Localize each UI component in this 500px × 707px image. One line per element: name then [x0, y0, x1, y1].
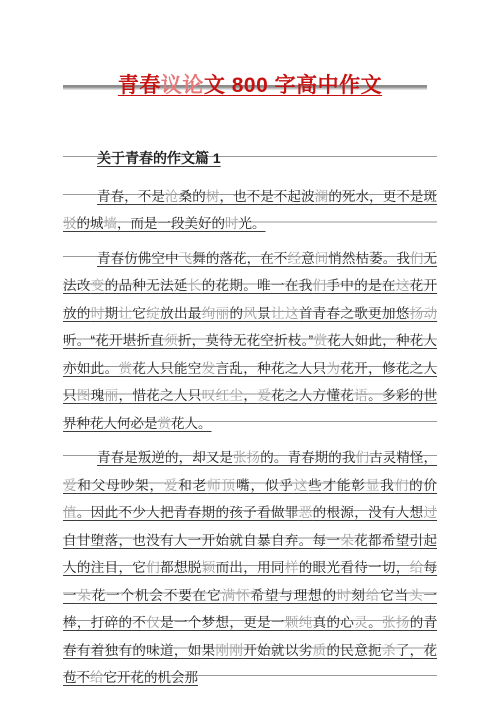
text-run: 而出，用同: [216, 560, 285, 575]
faded-character-run: 树: [206, 189, 220, 204]
faded-character-run: 给: [90, 670, 104, 685]
text-run: 的死水，更不是斑: [328, 189, 437, 204]
text-run: 桑的: [179, 189, 206, 204]
faded-character-run: 满怀: [222, 588, 251, 603]
faded-character-run: 赏: [118, 361, 132, 376]
faded-character-run: 们: [146, 560, 160, 575]
faded-character-run: 过: [424, 505, 438, 520]
faded-character-run: 墙: [104, 216, 118, 231]
faded-character-run: 叹红尘: [202, 388, 244, 403]
faded-character-run: 朵: [340, 533, 354, 548]
text-run: 和父母吵架，: [77, 478, 164, 493]
text-run: 。因此不少人把青春期的孩子看做罪: [77, 505, 299, 520]
faded-character-run: 长: [188, 278, 202, 293]
text-run: 的品种无法延: [105, 278, 188, 293]
text-run: 的根源，没有人想: [313, 505, 424, 520]
text-run: 的: [229, 306, 243, 321]
text-run: 青春是叛逆的，却又是: [97, 450, 233, 465]
text-run: ，而是一段美好的: [117, 216, 225, 231]
faded-character-run: 图: [77, 388, 91, 403]
faded-character-run: 语: [354, 388, 368, 403]
text-run: 些才能彰: [308, 478, 366, 493]
faded-character-run: 这: [396, 278, 410, 293]
faded-character-run: 们: [313, 278, 327, 293]
essay-body: 青春，不是沧桑的树，也不是不起波澜的死水，更不是斑驳的城墙，而是一段美好的时光。…: [63, 183, 437, 692]
text-run: 是一个梦想，更是一: [160, 615, 285, 630]
faded-character-run: 师顶: [207, 478, 236, 493]
text-run: 自甘堕落，也没有人一开始就自暴自弃。每一: [63, 533, 340, 548]
text-run: 青春，不是: [97, 189, 165, 204]
faded-character-run: 张扬: [382, 615, 410, 630]
faded-character-run: 丽: [105, 388, 119, 403]
text-run: 悄然枯萎。我: [328, 251, 410, 266]
faded-character-run: 颖: [202, 560, 216, 575]
text-run: 折，莫待无花空折枝。”: [178, 333, 313, 348]
faded-character-run: 沧: [165, 189, 179, 204]
text-run: 青春: [118, 74, 161, 97]
text-run: 的价: [409, 478, 437, 493]
text-run: 期: [105, 306, 119, 321]
faded-character-run: 张扬: [233, 450, 260, 465]
faded-character-run: 风: [243, 306, 257, 321]
faded-character-run: 杀: [382, 643, 396, 658]
text-run: 花之人方懂花: [271, 388, 354, 403]
faded-character-run: 变: [91, 278, 105, 293]
essay-paragraph: 青春仿佛空中飞舞的落花，在不经意间悄然枯萎。我们无法改变的品种无法延长的花期。唯…: [63, 245, 437, 438]
faded-character-run: 让: [118, 306, 132, 321]
text-run: 都想脱: [160, 560, 202, 575]
faded-character-run: 爱: [164, 478, 178, 493]
faded-character-run: 赏: [158, 416, 172, 431]
faded-character-run: 给: [366, 588, 380, 603]
faded-character-run: 恶: [299, 505, 313, 520]
text-run: 首青春之歌更加悠: [299, 306, 410, 321]
text-run: 光。: [239, 216, 266, 231]
faded-character-run: 刚刚: [216, 643, 244, 658]
faded-character-run: 仅: [146, 615, 160, 630]
faded-character-run: 显: [366, 478, 380, 493]
faded-character-run: 时: [91, 306, 105, 321]
faded-character-run: 给: [410, 560, 424, 575]
text-run: 景: [257, 306, 271, 321]
faded-character-run: 绽: [146, 306, 160, 321]
text-run: 。: [368, 615, 382, 630]
text-run: 言乱，种花之人只: [216, 361, 327, 376]
faded-character-run: 发: [202, 361, 216, 376]
faded-character-run: 须: [164, 333, 178, 348]
faded-character-run: 经: [287, 251, 301, 266]
faded-character-run: 爱: [257, 388, 271, 403]
text-run: 古灵精怪，: [369, 450, 437, 465]
text-run: 瑰: [91, 388, 105, 403]
faded-character-run: 绚丽: [202, 306, 230, 321]
faded-character-run: 驳: [63, 216, 77, 231]
faded-character-run: 灵: [354, 615, 368, 630]
faded-character-run: 让这: [271, 306, 299, 321]
faded-character-run: 澜: [315, 189, 329, 204]
text-run: ，: [243, 388, 257, 403]
text-run: 嘴，似乎: [236, 478, 294, 493]
text-run: 希望与理想的: [250, 588, 337, 603]
text-run: 的花期。唯一在我: [202, 278, 313, 293]
faded-character-run: 朵: [77, 588, 91, 603]
faded-character-run: 们: [395, 478, 409, 493]
text-run: 花人只能空: [132, 361, 201, 376]
text-run: 听。“花开堪折直: [63, 333, 164, 348]
faded-character-run: 这: [294, 478, 308, 493]
faded-character-run: 们: [410, 251, 424, 266]
text-run: ，也不是不起波: [219, 189, 314, 204]
faded-character-run: 们: [356, 450, 370, 465]
faded-character-run: 飞: [179, 251, 193, 266]
faded-character-run: 值: [63, 505, 77, 520]
faded-character-run: 赏: [313, 333, 327, 348]
text-run: 的城: [77, 216, 104, 231]
faded-character-run: 样: [285, 560, 299, 575]
faded-character-run: 质: [313, 643, 327, 658]
text-run: 文 800 字高中作文: [204, 74, 382, 97]
text-run: 它当: [380, 588, 409, 603]
section-heading: 关于青春的作文篇 1: [63, 145, 437, 173]
faded-character-run: 时: [337, 588, 351, 603]
text-run: 花一个机会不要在它: [92, 588, 222, 603]
faded-character-run: 时: [225, 216, 239, 231]
essay-paragraph: 青春是叛逆的，却又是张扬的。青春期的我们古灵精怪，爱和父母吵架，爱和老师顶嘴，似…: [63, 444, 437, 692]
text-run: 开始就以劣: [243, 643, 312, 658]
text-run: 手中的是在: [327, 278, 396, 293]
document-title: 青春议论文 800 字高中作文: [63, 72, 437, 100]
faded-character-run: 爱: [63, 478, 77, 493]
faded-character-run: 头: [409, 588, 423, 603]
faded-character-run: 议论: [161, 74, 204, 97]
faded-character-run: 颗纯: [285, 615, 313, 630]
text-run: 和老: [178, 478, 207, 493]
text-run: 的眼光看待一切，: [299, 560, 410, 575]
text-run: 舞的落花，在不: [192, 251, 287, 266]
text-run: 意: [301, 251, 315, 266]
document-title-block: 青春议论文 800 字高中作文: [63, 72, 437, 100]
document-page: 青春议论文 800 字高中作文 关于青春的作文篇 1 青春，不是沧桑的树，也不是…: [0, 0, 500, 707]
text-run: ，惜花之人只: [119, 388, 202, 403]
faded-character-run: 扬动: [410, 306, 437, 321]
text-run: 我: [380, 478, 394, 493]
text-run: 的民意扼: [326, 643, 381, 658]
faded-character-run: 间: [315, 251, 329, 266]
text-run: 刻: [351, 588, 365, 603]
essay-paragraph: 青春，不是沧桑的树，也不是不起波澜的死水，更不是斑驳的城墙，而是一段美好的时光。: [63, 183, 437, 238]
text-run: 它: [132, 306, 146, 321]
text-run: 花人。: [171, 416, 212, 431]
text-run: 的。青春期的我: [260, 450, 355, 465]
text-run: 青春仿佛空中: [97, 251, 179, 266]
text-run: 真的心: [313, 615, 355, 630]
faded-character-run: 为: [326, 361, 340, 376]
text-run: 它开花的机会那: [104, 670, 199, 685]
text-run: 放出最: [160, 306, 202, 321]
